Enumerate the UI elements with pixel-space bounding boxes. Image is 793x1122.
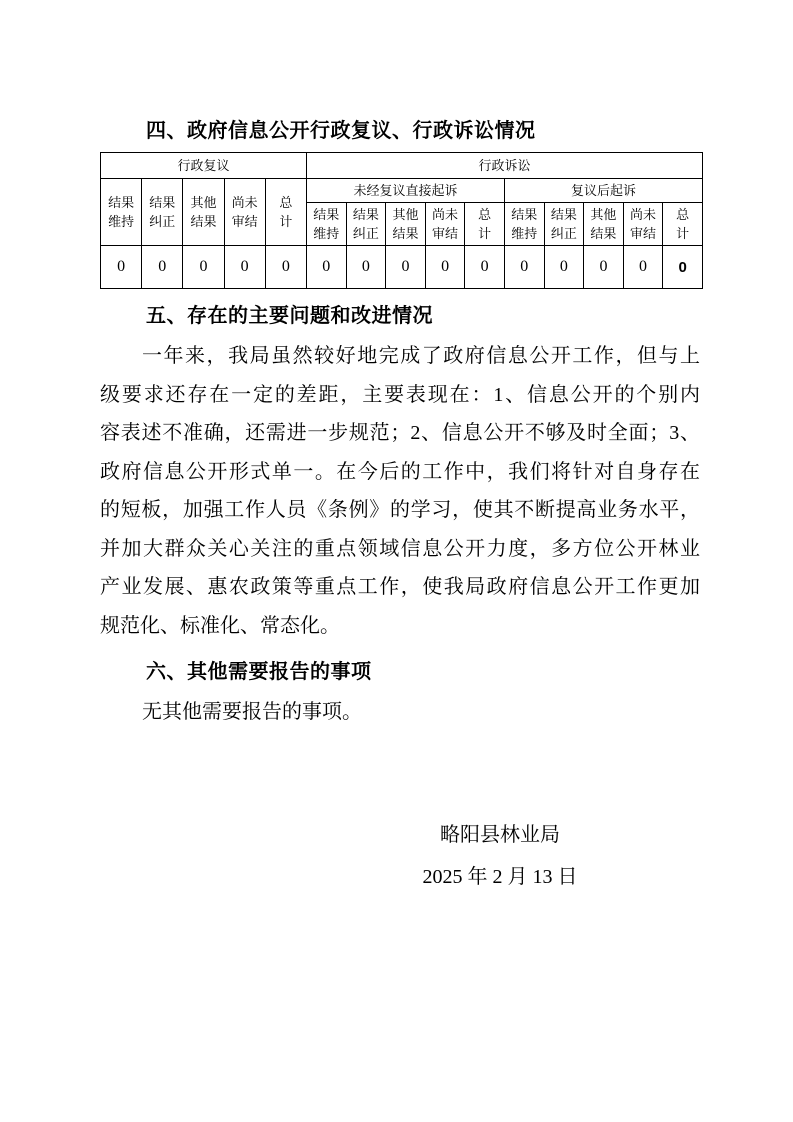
col-header-line: 审结 — [225, 212, 265, 231]
value-cell: 0 — [504, 246, 544, 289]
col-header-result-upheld: 结果 维持 — [306, 203, 346, 246]
col-header-result-upheld: 结果 维持 — [101, 179, 142, 246]
col-header-line: 结果 — [142, 193, 182, 212]
value-cell: 0 — [142, 246, 183, 289]
col-header-line: 计 — [266, 212, 306, 231]
col-header-line: 计 — [465, 224, 504, 243]
value-cell: 0 — [465, 246, 505, 289]
table-row: 0 0 0 0 0 0 0 0 0 0 0 0 0 0 0 — [101, 246, 703, 289]
col-header-line: 结果 — [505, 205, 544, 224]
section4-heading: 四、政府信息公开行政复议、行政诉讼情况 — [100, 118, 700, 144]
value-cell: 0 — [663, 246, 703, 289]
col-header-line: 结果 — [307, 205, 346, 224]
paragraph-line: 规范化、标准化、常态化。 — [100, 607, 700, 646]
col-header-other-result: 其他 结果 — [386, 203, 426, 246]
col-header-line: 维持 — [101, 212, 141, 231]
col-header-line: 纠正 — [347, 224, 386, 243]
header-direct-lawsuit: 未经复议直接起诉 — [306, 179, 504, 203]
col-header-result-corrected: 结果 纠正 — [142, 179, 183, 246]
section6-heading: 六、其他需要报告的事项 — [100, 659, 700, 685]
col-header-line: 审结 — [624, 224, 663, 243]
col-header-pending: 尚未 审结 — [425, 203, 465, 246]
paragraph-line: 并加大群众关心关注的重点领域信息公开力度，多方位公开林业 — [100, 530, 700, 569]
col-header-line: 总 — [465, 205, 504, 224]
section6-paragraph: 无其他需要报告的事项。 — [100, 697, 700, 727]
value-cell: 0 — [425, 246, 465, 289]
header-lawsuit-after-review: 复议后起诉 — [504, 179, 702, 203]
col-header-pending: 尚未 审结 — [224, 179, 265, 246]
col-header-line: 其他 — [386, 205, 425, 224]
paragraph-line: 政府信息公开形式单一。在今后的工作中，我们将针对自身存在 — [100, 453, 700, 492]
document-page: 四、政府信息公开行政复议、行政诉讼情况 行政复议 行政诉讼 结果 维持 结果 纠… — [0, 0, 793, 1122]
section5-heading: 五、存在的主要问题和改进情况 — [100, 303, 700, 329]
col-header-line: 结果 — [347, 205, 386, 224]
col-header-line: 其他 — [183, 193, 223, 212]
value-cell: 0 — [584, 246, 624, 289]
col-header-line: 尚未 — [624, 205, 663, 224]
value-cell: 0 — [544, 246, 584, 289]
review-litigation-table: 行政复议 行政诉讼 结果 维持 结果 纠正 其他 结果 尚未 审结 总 计 — [100, 152, 703, 289]
value-cell: 0 — [224, 246, 265, 289]
col-header-line: 结果 — [584, 224, 623, 243]
col-header-line: 维持 — [505, 224, 544, 243]
paragraph-line: 级要求还存在一定的差距，主要表现在：1、信息公开的个别内 — [100, 376, 700, 415]
value-cell: 0 — [101, 246, 142, 289]
value-cell: 0 — [346, 246, 386, 289]
signature-block: 略阳县林业局 2025 年 2 月 13 日 — [330, 814, 670, 898]
signature-organization: 略阳县林业局 — [330, 814, 670, 856]
col-header-total: 总 计 — [663, 203, 703, 246]
col-header-line: 总 — [266, 193, 306, 212]
col-header-line: 维持 — [307, 224, 346, 243]
section5-paragraph: 一年来，我局虽然较好地完成了政府信息公开工作，但与上 级要求还存在一定的差距，主… — [100, 337, 700, 645]
paragraph-line: 产业发展、惠农政策等重点工作，使我局政府信息公开工作更加 — [100, 568, 700, 607]
header-administrative-review: 行政复议 — [101, 153, 307, 179]
paragraph-line: 容表述不准确，还需进一步规范；2、信息公开不够及时全面；3、 — [100, 414, 700, 453]
col-header-line: 计 — [663, 224, 702, 243]
col-header-line: 结果 — [545, 205, 584, 224]
col-header-result-upheld: 结果 维持 — [504, 203, 544, 246]
col-header-line: 结果 — [101, 193, 141, 212]
value-cell: 0 — [386, 246, 426, 289]
col-header-line: 结果 — [386, 224, 425, 243]
col-header-other-result: 其他 结果 — [183, 179, 224, 246]
col-header-pending: 尚未 审结 — [623, 203, 663, 246]
value-cell: 0 — [623, 246, 663, 289]
col-header-line: 尚未 — [426, 205, 465, 224]
header-administrative-litigation: 行政诉讼 — [306, 153, 702, 179]
col-header-line: 纠正 — [545, 224, 584, 243]
value-cell: 0 — [265, 246, 306, 289]
col-header-total: 总 计 — [265, 179, 306, 246]
value-cell: 0 — [306, 246, 346, 289]
paragraph-line: 的短板，加强工作人员《条例》的学习，使其不断提高业务水平， — [100, 491, 700, 530]
signature-date: 2025 年 2 月 13 日 — [330, 856, 670, 898]
col-header-result-corrected: 结果 纠正 — [544, 203, 584, 246]
col-header-other-result: 其他 结果 — [584, 203, 624, 246]
col-header-line: 审结 — [426, 224, 465, 243]
col-header-line: 总 — [663, 205, 702, 224]
col-header-line: 纠正 — [142, 212, 182, 231]
col-header-line: 尚未 — [225, 193, 265, 212]
col-header-total: 总 计 — [465, 203, 505, 246]
value-cell: 0 — [183, 246, 224, 289]
col-header-result-corrected: 结果 纠正 — [346, 203, 386, 246]
col-header-line: 结果 — [183, 212, 223, 231]
paragraph-line: 一年来，我局虽然较好地完成了政府信息公开工作，但与上 — [100, 337, 700, 376]
col-header-line: 其他 — [584, 205, 623, 224]
